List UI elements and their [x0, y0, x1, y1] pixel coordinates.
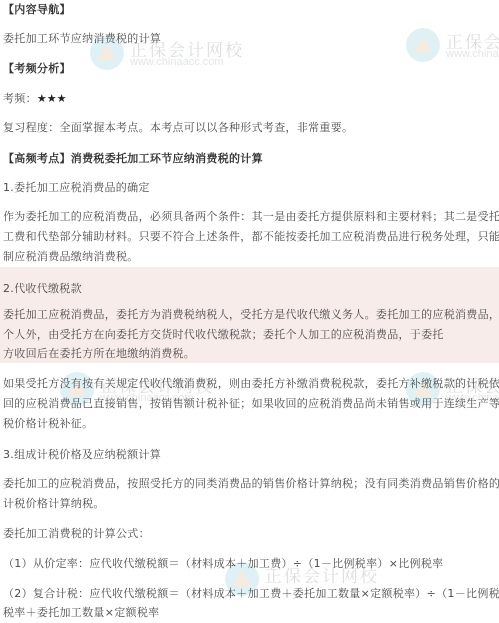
point1-para-line: 作为委托加工的应税消费品，必须具备两个条件：其一是由委托方提供原料和主要材料；其…	[3, 210, 499, 224]
formula-intro: 委托加工消费税的计算公式：	[3, 527, 150, 541]
point1-para-line: 工费和代垫部分辅助材料。只要不符合上述条件，都不能按委托加工应税消费品进行税务处…	[3, 230, 499, 244]
point3-para-line: 计税价格计算纳税。	[3, 497, 105, 511]
nav-text: 委托加工环节应纳消费税的计算	[3, 32, 161, 46]
point3-para-line: 委托加工的应税消费品，按照受托方的同类消费品的销售价格计算纳税；没有同类消费品销…	[3, 477, 499, 491]
point2-para2-line: 如果受托方没有按有关规定代收代缴消费税，则由委托方补缴消费税税款，委托方补缴税款…	[3, 377, 499, 391]
watermark-url: www.chinaacc.com	[130, 56, 224, 68]
point2-para-line: 个人外，由受托方在向委托方交货时代收代缴税款；委托个人加工的应税消费品，于委托	[3, 328, 444, 342]
formula-2-line: 税率＋委托加工数量×定额税率	[3, 606, 159, 620]
freq-stars: ★★★	[37, 92, 67, 105]
watermark-url: www.chinaacc.com	[446, 48, 499, 60]
nav-heading: 【内容导航】	[3, 3, 71, 17]
document-page: 正保会计网校 www.chinaacc.com 正保会计网校 www.china…	[0, 0, 499, 623]
formula-1: （1）从价定率：应代收代缴税额＝（材料成本＋加工费）÷（1－比例税率）×比例税率	[3, 557, 443, 571]
point2-para2-line: 回的应税消费品已直接销售，按销售额计税补征；如果收回的应税消费品尚未销售或用于连…	[3, 397, 499, 411]
freq-row: 考频：★★★	[3, 92, 67, 106]
freq-heading: 【考频分析】	[3, 62, 71, 76]
point2-para-line: 委托加工应税消费品，委托方为消费税纳税人，受托方是代收代缴义务人。委托加工的应税…	[3, 308, 499, 322]
freq-label: 考频：	[3, 92, 37, 105]
point3-title: 3.组成计税价格及应纳税额计算	[3, 448, 161, 462]
review-text: 复习程度：全面掌握本考点。本考点可以以各种形式考查，非常重要。	[3, 121, 353, 135]
point1-title: 1.委托加工应税消费品的确定	[3, 181, 150, 195]
watermark-logo-icon	[406, 28, 440, 62]
point2-title: 2.代收代缴税款	[3, 282, 82, 296]
formula-2-line: （2）复合计税：应代收代缴税额＝（材料成本＋加工费＋委托加工数量×定额税率）÷（…	[3, 587, 499, 601]
key-point-heading: 【高频考点】消费税委托加工环节应纳消费税的计算	[3, 152, 263, 166]
watermark-name: 正保会计网校	[446, 28, 499, 53]
point2-para-line: 方收回后在委托方所在地缴纳消费税。	[3, 347, 195, 361]
point2-para2-line: 税价格计税补征。	[3, 417, 93, 431]
point1-para-line: 制应税消费品缴纳消费税。	[3, 250, 139, 264]
